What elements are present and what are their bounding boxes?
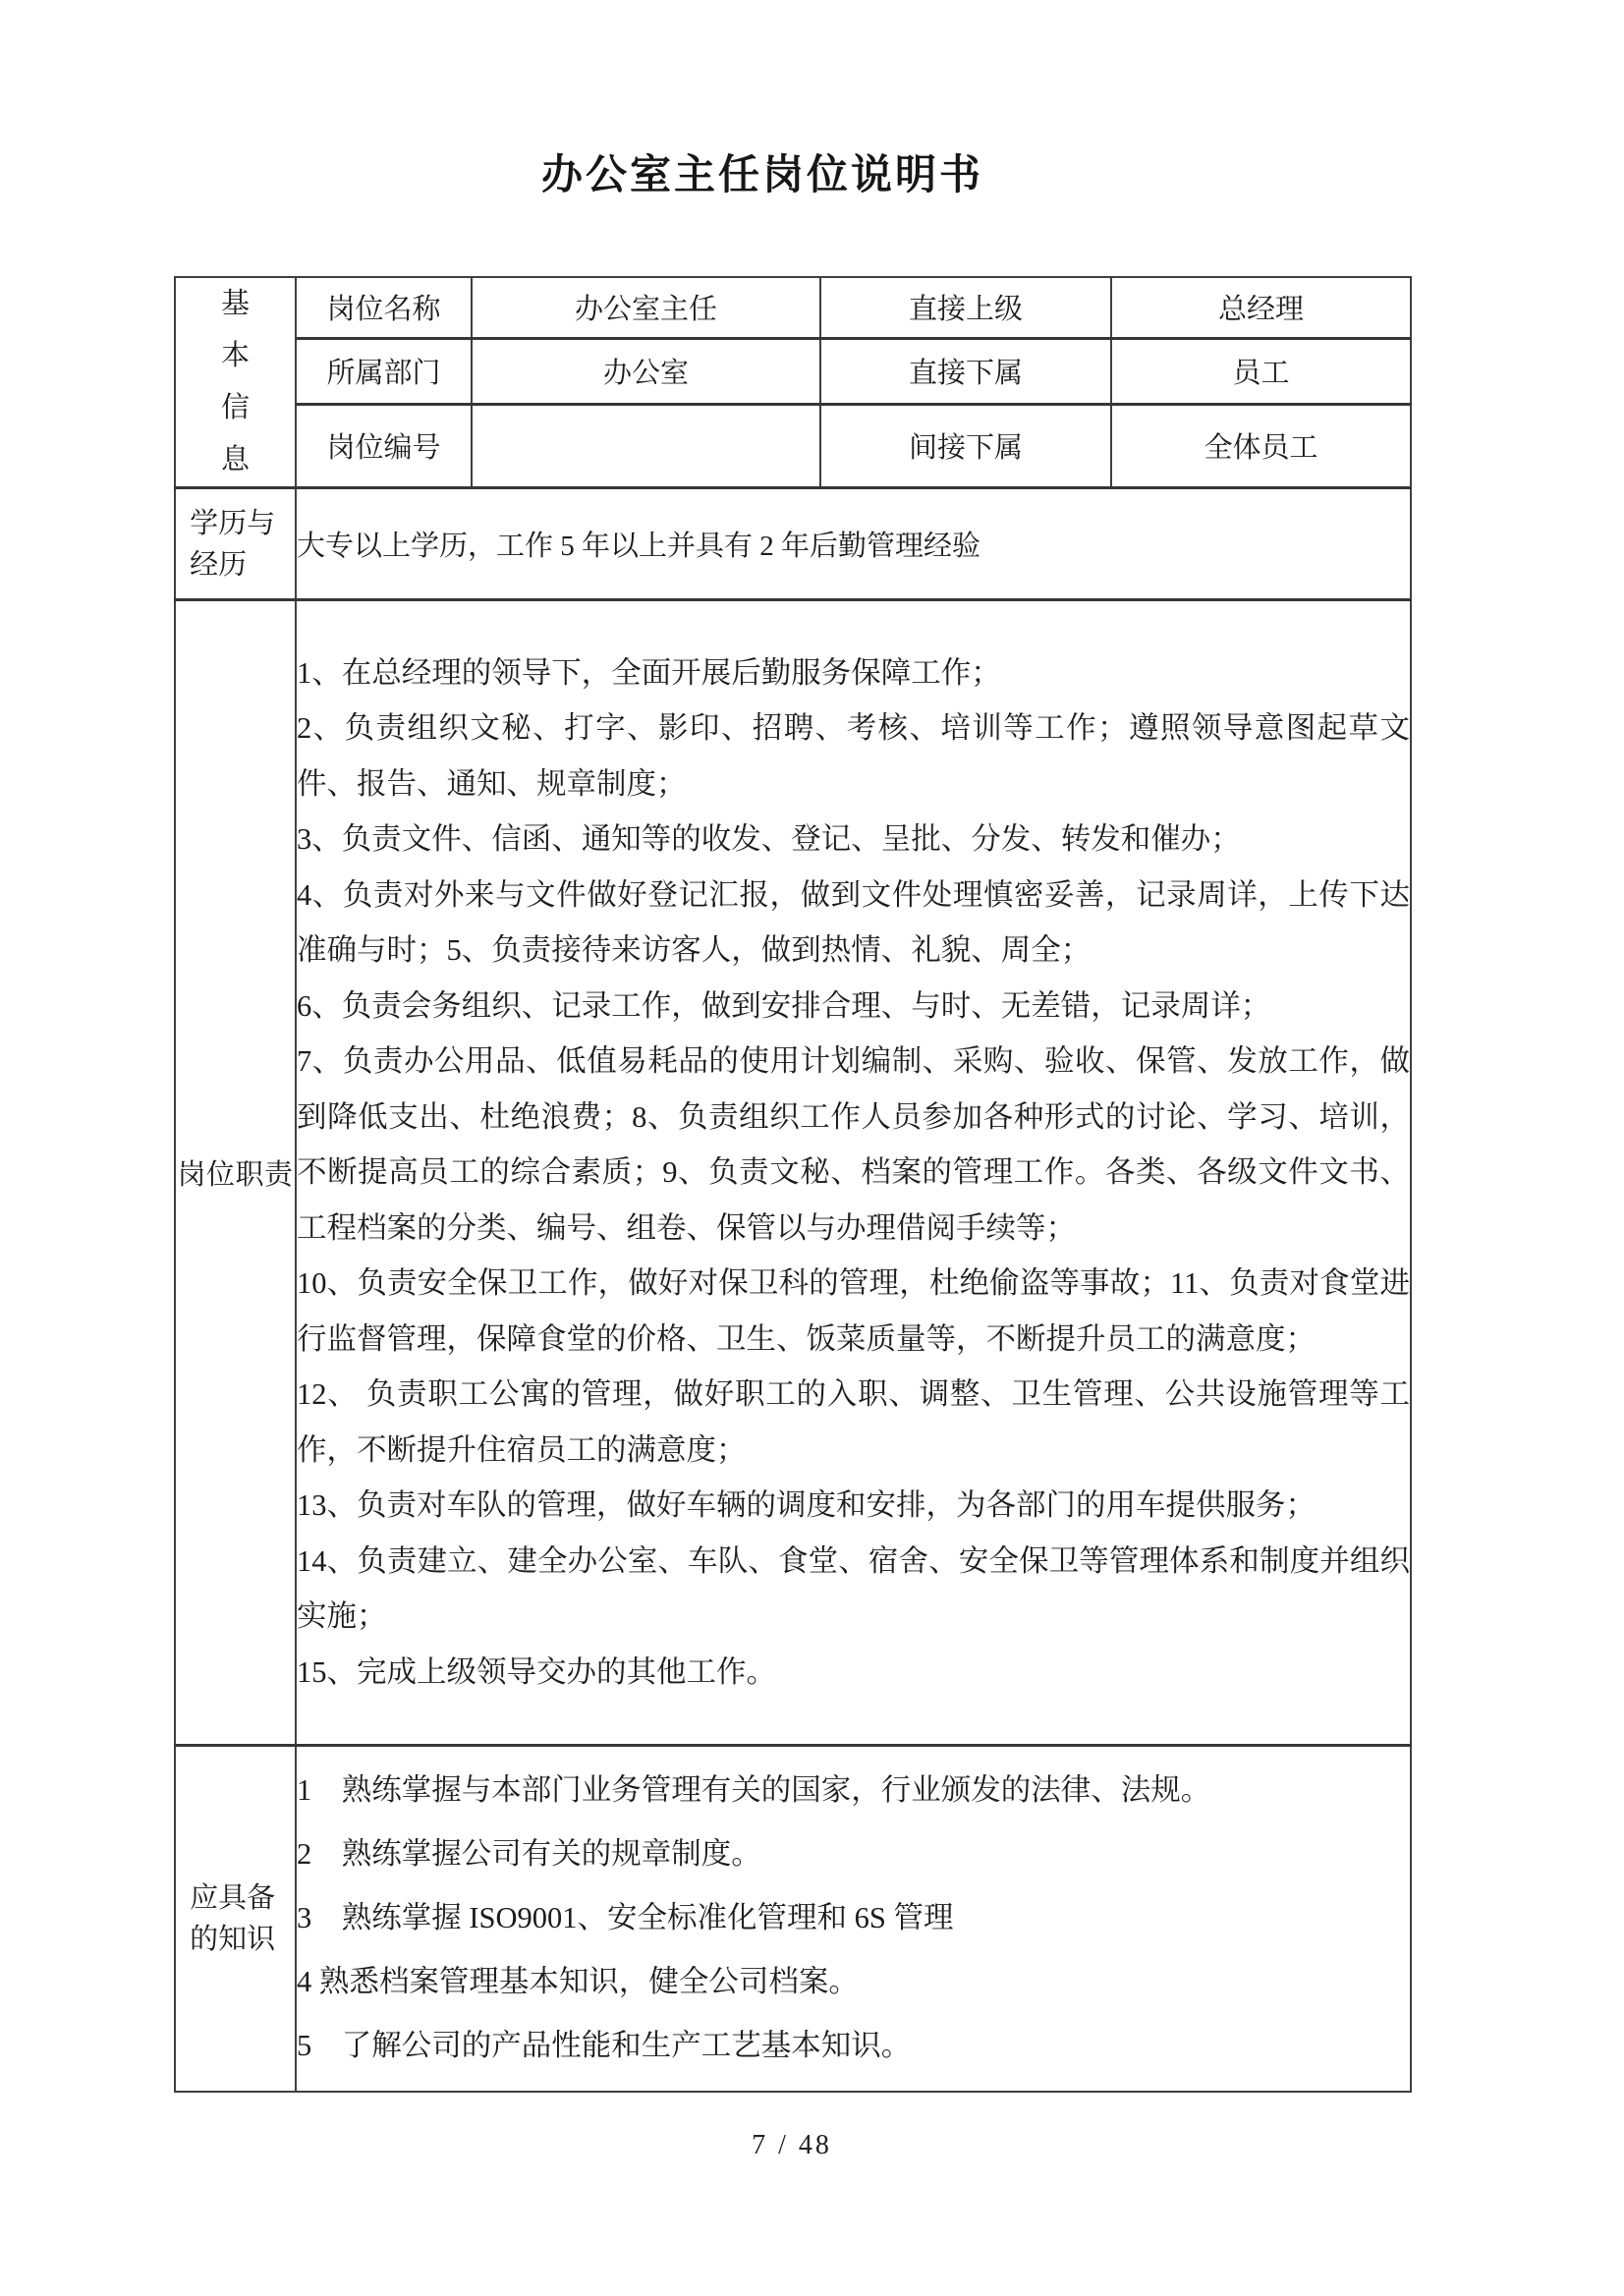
duties-label-cell: 岗位职责 [175, 600, 296, 1746]
direct-subordinate-value: 员工 [1111, 338, 1411, 404]
indirect-subordinate-value: 全体员工 [1111, 404, 1411, 487]
knowledge-item: 2 熟练掌握公司有关的规章制度。 [297, 1822, 1410, 1886]
page-title: 办公室主任岗位说明书 [144, 147, 1380, 204]
direct-superior-value: 总经理 [1111, 277, 1411, 338]
job-title-label: 岗位名称 [296, 277, 472, 338]
duty-item: 2、负责组织文秘、打字、影印、招聘、考核、培训等工作；遵照领导意图起草文件、报告… [297, 700, 1410, 812]
direct-subordinate-label: 直接下属 [820, 338, 1111, 404]
indirect-subordinate-label: 间接下属 [820, 404, 1111, 487]
knowledge-item: 3 熟练掌握 ISO9001、安全标准化管理和 6S 管理 [297, 1886, 1410, 1950]
direct-superior-label: 直接上级 [820, 277, 1111, 338]
department-label: 所属部门 [296, 338, 472, 404]
duty-item: 13、负责对车队的管理，做好车辆的调度和安排，为各部门的用车提供服务； [297, 1478, 1410, 1534]
table-row-basic-2: 所属部门 办公室 直接下属 员工 [175, 338, 1411, 404]
duty-item: 14、负责建立、建全办公室、车队、食堂、宿舍、安全保卫等管理体系和制度并组织实施… [297, 1534, 1410, 1645]
knowledge-item: 4 熟悉档案管理基本知识，健全公司档案。 [297, 1950, 1410, 2014]
duty-item: 12、 负责职工公寓的管理，做好职工的入职、调整、卫生管理、公共设施管理等工作，… [297, 1367, 1410, 1478]
knowledge-content-cell: 1 熟练掌握与本部门业务管理有关的国家，行业颁发的法律、法规。 2 熟练掌握公司… [296, 1746, 1411, 2092]
duties-content-cell: 1、在总经理的领导下，全面开展后勤服务保障工作； 2、负责组织文秘、打字、影印、… [296, 600, 1411, 1746]
education-content: 大专以上学历，工作 5 年以上并具有 2 年后勤管理经验 [296, 488, 1411, 600]
duty-item: 3、负责文件、信函、通知等的收发、登记、呈批、分发、转发和催办； [297, 812, 1410, 868]
knowledge-label-text: 应具备的知识 [190, 1877, 281, 1960]
education-label-cell: 学历与经历 [175, 488, 296, 600]
knowledge-item: 1 熟练掌握与本部门业务管理有关的国家，行业颁发的法律、法规。 [297, 1759, 1410, 1822]
duty-item: 10、负责安全保卫工作，做好对保卫科的管理，杜绝偷盗等事故；11、负责对食堂进行… [297, 1256, 1410, 1367]
table-row-education: 学历与经历 大专以上学历，工作 5 年以上并具有 2 年后勤管理经验 [175, 488, 1411, 600]
knowledge-label-cell: 应具备的知识 [175, 1746, 296, 2092]
page-number: 7 / 48 [174, 2130, 1410, 2161]
duty-item: 15、完成上级领导交办的其他工作。 [297, 1645, 1410, 1701]
duty-item: 1、在总经理的领导下，全面开展后勤服务保障工作； [297, 645, 1410, 701]
education-label-text: 学历与经历 [190, 503, 281, 586]
department-value: 办公室 [472, 338, 820, 404]
duty-item: 4、负责对外来与文件做好登记汇报，做到文件处理慎密妥善，记录周详，上传下达准确与… [297, 868, 1410, 979]
job-number-label: 岗位编号 [296, 404, 472, 487]
job-number-value [472, 404, 820, 487]
table-row-basic-3: 岗位编号 间接下属 全体员工 [175, 404, 1411, 487]
duty-item: 7、负责办公用品、低值易耗品的使用计划编制、采购、验收、保管、发放工作，做到降低… [297, 1034, 1410, 1256]
basic-info-section-label: 基本信息 [175, 277, 296, 488]
table-row-knowledge: 应具备的知识 1 熟练掌握与本部门业务管理有关的国家，行业颁发的法律、法规。 2… [175, 1746, 1411, 2092]
basic-info-section-label-text: 基本信息 [220, 278, 252, 486]
table-row-basic-1: 基本信息 岗位名称 办公室主任 直接上级 总经理 [175, 277, 1411, 338]
job-title-value: 办公室主任 [472, 277, 820, 338]
job-description-table: 基本信息 岗位名称 办公室主任 直接上级 总经理 所属部门 办公室 直接下属 员… [174, 276, 1412, 2093]
table-row-duties: 岗位职责 1、在总经理的领导下，全面开展后勤服务保障工作； 2、负责组织文秘、打… [175, 600, 1411, 1746]
duty-item: 6、负责会务组织、记录工作，做到安排合理、与时、无差错，记录周详； [297, 979, 1410, 1035]
document-page: { "page": { "title": "办公室主任岗位说明书", "foot… [0, 0, 1624, 2296]
knowledge-item: 5 了解公司的产品性能和生产工艺基本知识。 [297, 2014, 1410, 2078]
